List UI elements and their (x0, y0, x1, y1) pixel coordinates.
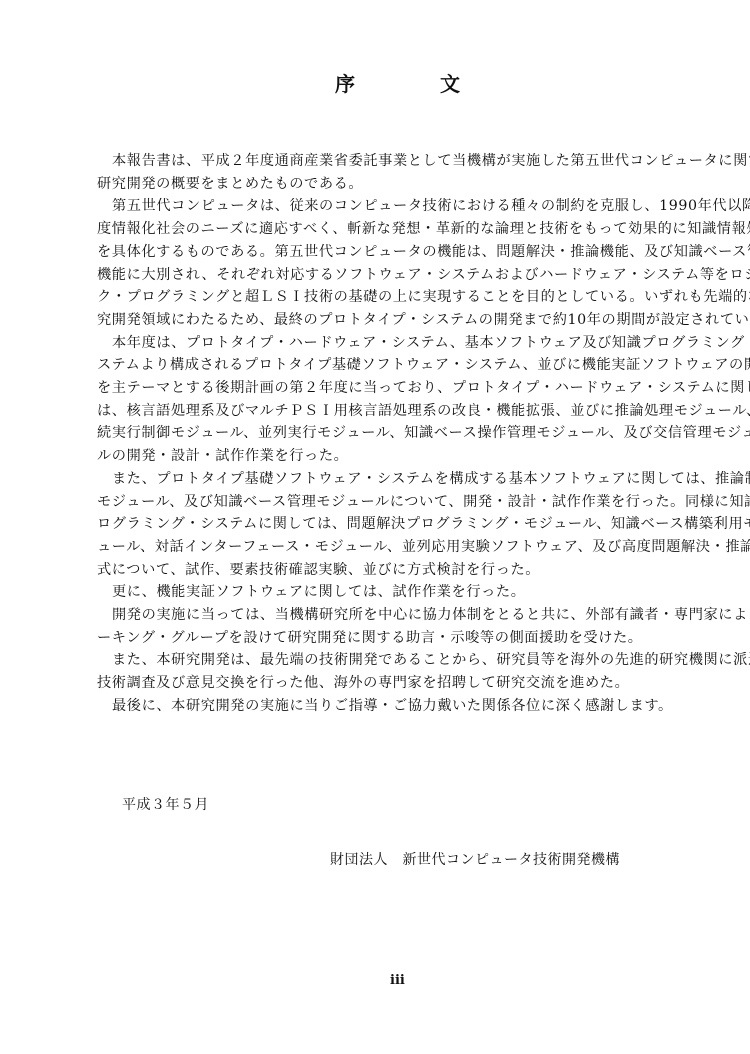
text-line: ク・プログラミングと超ＬＳＩ技術の基礎の上に実現することを目的としている。いずれ… (97, 286, 750, 308)
text-line: 開発の実施に当っては、当機構研究所を中心に協力体制をとると共に、外部有識者・専門… (112, 604, 750, 626)
text-line: を主テーマとする後期計画の第２年度に当っており、プロトタイプ・ハードウェア・シス… (97, 377, 750, 399)
title-char-1: 序 (335, 72, 355, 96)
text-line: また、プロトタイプ基礎ソフトウェア・システムを構成する基本ソフトウェアに関しては… (112, 468, 750, 490)
page-title: 序 文 (0, 72, 750, 96)
text-line: 本年度は、プロトタイプ・ハードウェア・システム、基本ソフトウェア及び知識プログラ… (112, 332, 750, 354)
text-line: 続実行制御モジュール、並列実行モジュール、知識ベース操作管理モジュール、及び交信… (97, 422, 750, 444)
page-number: iii (390, 972, 405, 990)
title-char-2: 文 (440, 72, 460, 96)
text-line: 更に、機能実証ソフトウェアに関しては、試作作業を行った。 (112, 581, 525, 603)
text-line: ログラミング・システムに関しては、問題解決プログラミング・モジュール、知識ベース… (97, 513, 750, 535)
text-line: モジュール、及び知識ベース管理モジュールについて、開発・設計・試作作業を行った。… (97, 491, 750, 513)
text-line: は、核言語処理系及びマルチＰＳＩ用核言語処理系の改良・機能拡張、並びに推論処理モ… (97, 400, 750, 422)
document-page: 序 文 本報告書は、平成２年度通商産業省委託事業として当機構が実施した第五世代コ… (0, 0, 750, 1054)
text-line: また、本研究開発は、最先端の技術開発であることから、研究員等を海外の先進的研究機… (112, 649, 750, 671)
text-line: 技術調査及び意見交換を行った他、海外の専門家を招聘して研究交流を進めた。 (97, 672, 629, 694)
text-line: 度情報化社会のニーズに適応すべく、斬新な発想・革新的な論理と技術をもって効果的に… (97, 218, 750, 240)
text-line: 式について、試作、要素技術確認実験、並びに方式検討を行った。 (97, 559, 540, 581)
text-line: 第五世代コンピュータは、従来のコンピュータ技術における種々の制約を克服し、199… (112, 195, 750, 217)
text-line: 研究開発の概要をまとめたものである。 (97, 173, 363, 195)
text-line: 本報告書は、平成２年度通商産業省委託事業として当機構が実施した第五世代コンピュー… (112, 150, 750, 172)
text-line: 究開発領域にわたるため、最終のプロトタイプ・システムの開発まで約10年の期間が設… (97, 309, 750, 331)
text-line: ーキング・グループを設けて研究開発に関する助言・示唆等の側面援助を受けた。 (97, 627, 643, 649)
text-line: ュール、対話インターフェース・モジュール、並列応用実験ソフトウェア、及び高度問題… (97, 536, 750, 558)
text-line: ステムより構成されるプロトタイプ基礎ソフトウェア・システム、並びに機能実証ソフト… (97, 354, 750, 376)
text-line: を具体化するものである。第五世代コンピュータの機能は、問題解決・推論機能、及び知… (97, 241, 750, 263)
text-line: 最後に、本研究開発の実施に当りご指導・ご協力戴いた関係各位に深く感謝します。 (112, 695, 673, 717)
organization-signature: 財団法人 新世代コンピュータ技術開発機構 (330, 850, 620, 870)
text-line: 機能に大別され、それぞれ対応するソフトウェア・システムおよびハードウェア・システ… (97, 264, 750, 286)
date-line: 平成３年５月 (122, 795, 209, 815)
text-line: ルの開発・設計・試作作業を行った。 (97, 445, 348, 467)
